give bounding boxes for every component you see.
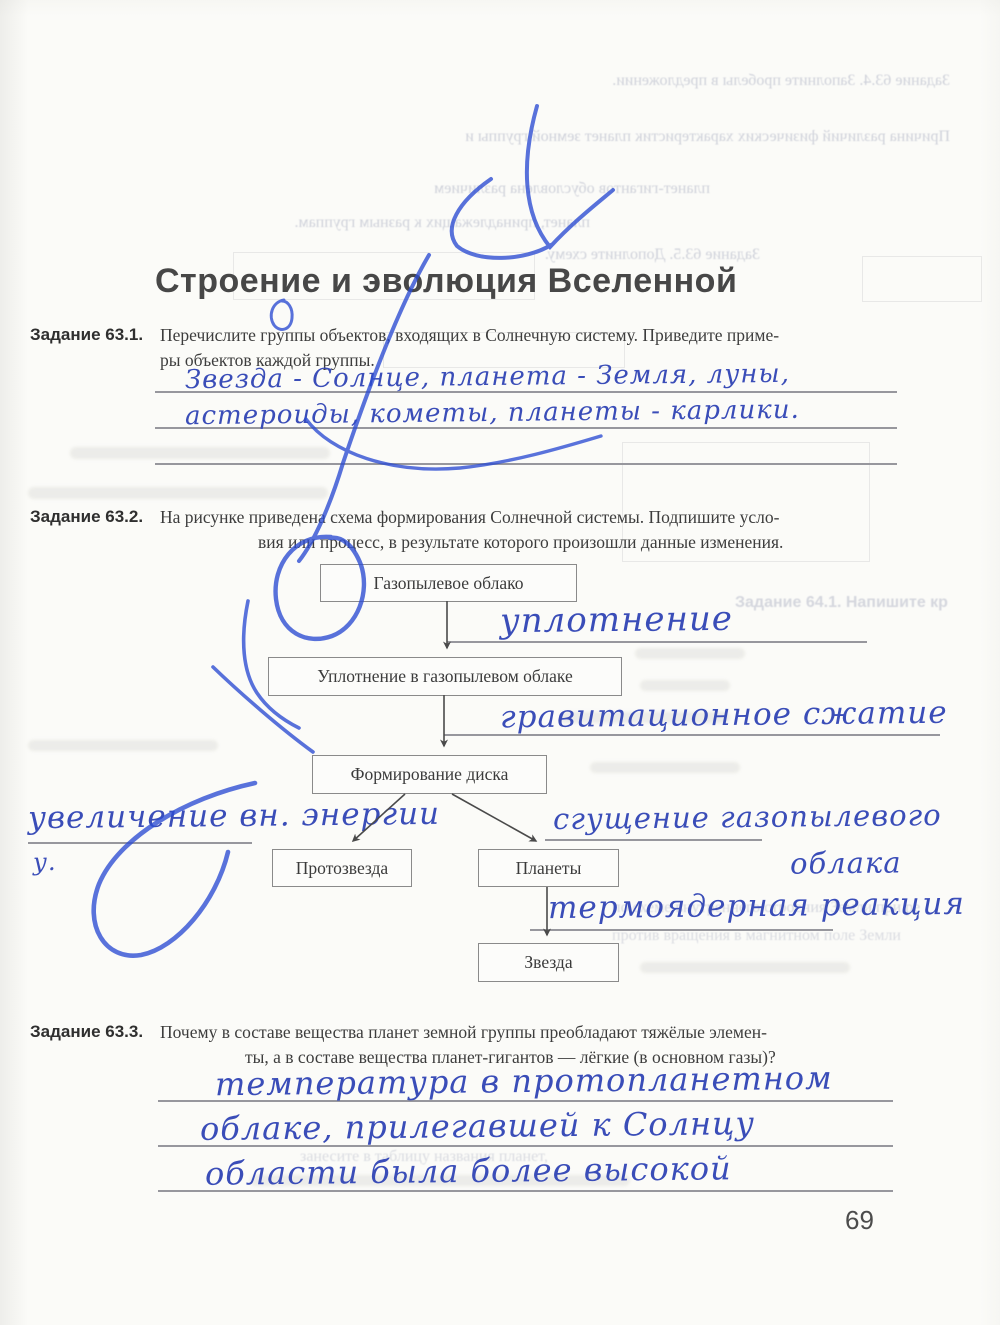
flowchart-box-label: Планеты <box>516 858 582 879</box>
flowchart-box-label: Формирование диска <box>351 764 509 785</box>
bleedthrough-smudge <box>590 762 740 773</box>
bleedthrough-smudge <box>28 487 328 499</box>
handwritten-annotation-cloud-clumping: сгущение газопылевого <box>553 798 942 836</box>
handwritten-answer-63-3-line3: области была более высокой <box>205 1149 732 1193</box>
bleedthrough-text: Задание 64.1. Напишите кр <box>735 594 995 612</box>
task-63-2-text-line1: На рисунке приведена схема формирования … <box>160 505 779 530</box>
handwritten-annotation-fragment: у. <box>33 848 57 876</box>
handwritten-answer-63-3-line1: температура в протопланетном <box>215 1059 833 1103</box>
page-number: 69 <box>845 1205 874 1236</box>
arrow-disk-to-planets <box>452 794 536 841</box>
handwritten-annotation-cloud-clumping-2: облака <box>790 845 902 880</box>
bleedthrough-text: планет, принадлежащих к разным группам. <box>30 214 590 232</box>
task-63-2-text-line2: вия или процесс, в результате которого п… <box>258 530 783 555</box>
task-63-1-text-line1: Перечислите группы объектов, входящих в … <box>160 323 779 348</box>
task-63-2-label: Задание 63.2. <box>30 507 143 527</box>
flowchart-box-planets: Планеты <box>478 849 619 887</box>
flowchart-answer-line <box>28 842 252 844</box>
bleedthrough-smudge <box>70 447 330 459</box>
handwritten-annotation-compression: уплотнение <box>500 599 733 641</box>
task-63-1-label: Задание 63.1. <box>30 325 143 345</box>
bleedthrough-smudge <box>28 740 218 751</box>
handwritten-answer-63-1-line1: Звезда - Солнце, планета - Земля, луны, <box>185 359 790 395</box>
bleedthrough-smudge <box>635 648 745 659</box>
flowchart-box-label: Протозвезда <box>296 858 388 879</box>
scanned-workbook-page: Задание 63.4. Заполните пробелы в предло… <box>0 0 1000 1325</box>
bleedthrough-smudge <box>640 680 730 691</box>
bleedthrough-smudge <box>640 962 850 973</box>
handwritten-annotation-internal-energy: увеличение вн. энергии <box>28 796 440 836</box>
handwritten-annotation-gravitational-contraction: гравитационное сжатие <box>500 695 948 736</box>
flowchart-box-label: Уплотнение в газопылевом облаке <box>317 666 572 687</box>
bleedthrough-text: планет-гигантов обусловлена различием <box>30 180 710 198</box>
flowchart-answer-line <box>545 839 762 841</box>
flowchart-box-gas-dust-cloud: Газопылевое облако <box>320 564 577 602</box>
flowchart-box-disk-formation: Формирование диска <box>312 755 547 794</box>
bleedthrough-text: Причина различий физических характеристи… <box>30 128 950 146</box>
handwritten-answer-63-3-line2: облаке, прилегавшей к Солнцу <box>200 1104 755 1148</box>
bleedthrough-text: Задание 63.4. Заполните пробелы в предло… <box>430 72 950 90</box>
task-63-3-label: Задание 63.3. <box>30 1022 143 1042</box>
task-63-3-text-line1: Почему в составе вещества планет земной … <box>160 1020 767 1045</box>
flowchart-box-star: Звезда <box>478 943 619 982</box>
flowchart-box-label: Газопылевое облако <box>374 573 524 594</box>
handwritten-answer-63-1-line2: астероиды, кометы, планеты - карлики. <box>185 395 800 431</box>
flowchart-box-condensation: Уплотнение в газопылевом облаке <box>268 657 622 696</box>
flowchart-answer-line <box>530 929 833 931</box>
flowchart-box-label: Звезда <box>524 952 572 973</box>
flowchart-box-protostar: Протозвезда <box>272 849 412 887</box>
bleedthrough-box <box>862 256 982 302</box>
handwritten-annotation-thermonuclear-reaction: термоядерная реакция <box>548 886 965 926</box>
flowchart-answer-line <box>447 641 867 643</box>
answer-line <box>155 463 897 465</box>
page-title: Строение и эволюция Вселенной <box>155 262 737 301</box>
